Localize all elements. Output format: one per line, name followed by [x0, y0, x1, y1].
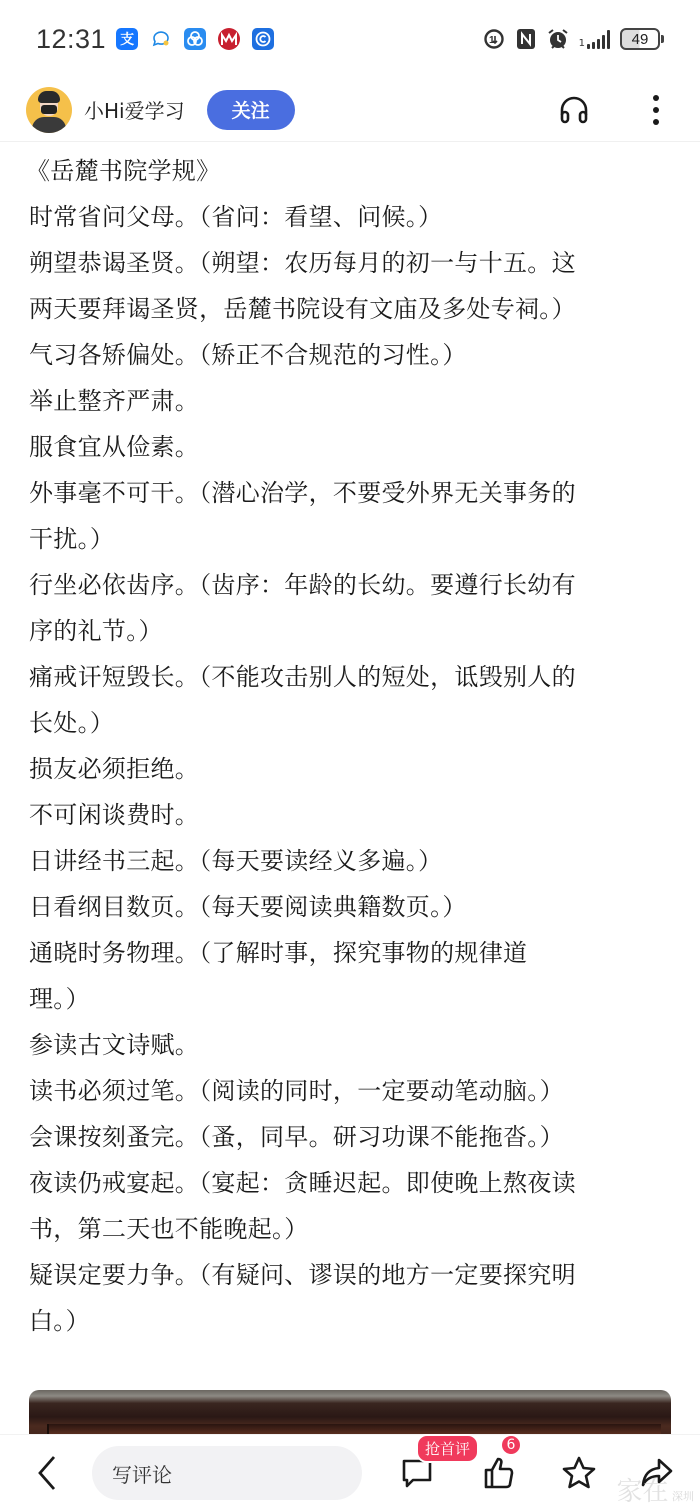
headphones-icon: [557, 93, 591, 127]
favorite-button[interactable]: [560, 1454, 598, 1492]
watermark: 家在 深圳: [616, 1477, 694, 1507]
article-line: 损友必须拒绝。: [29, 746, 679, 792]
article-line: 理。）: [29, 976, 679, 1022]
notification-app-icons: 支: [116, 28, 274, 50]
author-name[interactable]: 小Hi爱学习: [84, 95, 185, 124]
article-line: 两天要拜谒圣贤，岳麓书院设有文庙及多处专祠。）: [29, 286, 679, 332]
star-icon: [561, 1455, 597, 1491]
status-time: 12:31: [36, 24, 106, 55]
battery-tip: [661, 35, 664, 43]
alarm-icon: [547, 28, 569, 50]
article-line: 疑误定要力争。（有疑问、谬误的地方一定要探究明: [29, 1252, 679, 1298]
article-line: 白。）: [29, 1298, 679, 1344]
cellular-signal-icon: 1: [579, 29, 610, 49]
article-line: 不可闲谈费时。: [29, 792, 679, 838]
cmb-bank-icon: [218, 28, 240, 50]
article-line: 日讲经书三起。（每天要读经义多遍。）: [29, 838, 679, 884]
article-line: 外事毫不可干。（潜心治学，不要受外界无关事务的: [29, 470, 679, 516]
first-comment-badge: 抢首评: [416, 1434, 479, 1463]
article-line: 举止整齐严肃。: [29, 378, 679, 424]
article-line: 长处。）: [29, 700, 679, 746]
status-bar: 12:31 支 1 1 49: [0, 0, 700, 78]
article-line: 日看纲目数页。（每天要阅读典籍数页。）: [29, 884, 679, 930]
chat-bubble-icon: [150, 28, 172, 50]
article-line: 痛戒讦短毁长。（不能攻击别人的短处，诋毁别人的: [29, 654, 679, 700]
article-line: 朔望恭谒圣贤。（朔望：农历每月的初一与十五。这: [29, 240, 679, 286]
battery-indicator: 49: [620, 28, 664, 50]
listen-button[interactable]: [556, 92, 592, 128]
article-line: 读书必须过笔。（阅读的同时，一定要动笔动脑。）: [29, 1068, 679, 1114]
article-line: 气习各矫偏处。（矫正不合规范的习性。）: [29, 332, 679, 378]
article-body: 《岳麓书院学规》 时常省问父母。（省问：看望、问候。） 朔望恭谒圣贤。（朔望：农…: [29, 148, 679, 1344]
system-status-icons: 1 1 49: [483, 28, 664, 50]
circles-app-icon: [184, 28, 206, 50]
article-line: 干扰。）: [29, 516, 679, 562]
article-line: 行坐必依齿序。（齿序：年龄的长幼。要遵行长幼有: [29, 562, 679, 608]
article-line: 参读古文诗赋。: [29, 1022, 679, 1068]
like-count-badge: 6: [500, 1434, 522, 1456]
comment-placeholder: 写评论: [112, 1459, 172, 1488]
article-title: 《岳麓书院学规》: [26, 148, 679, 194]
svg-text:1: 1: [489, 35, 495, 46]
follow-button[interactable]: 关注: [207, 90, 295, 130]
alipay-icon: 支: [116, 28, 138, 50]
article-line: 时常省问父母。（省问：看望、问候。）: [29, 194, 679, 240]
article-line: 会课按刻蚤完。（蚤，同早。研习功课不能拖沓。）: [29, 1114, 679, 1160]
chevron-left-icon: [36, 1455, 58, 1491]
thumbs-up-icon: [481, 1455, 517, 1491]
article-line: 夜读仍戒宴起。（宴起：贪睡迟起。即使晚上熬夜读: [29, 1160, 679, 1206]
nfc-icon: [515, 28, 537, 50]
more-vertical-icon: [651, 93, 661, 127]
article-line: 服食宜从俭素。: [29, 424, 679, 470]
author-header: 小Hi爱学习 关注: [0, 78, 700, 142]
like-button[interactable]: 6: [480, 1454, 518, 1492]
back-button[interactable]: [30, 1453, 64, 1493]
avatar[interactable]: [26, 87, 72, 133]
battery-level: 49: [620, 28, 660, 50]
bottom-action-bar: 写评论 抢首评 6 家在 深圳: [0, 1434, 700, 1511]
comment-input[interactable]: 写评论: [92, 1446, 362, 1500]
comments-button[interactable]: 抢首评: [398, 1454, 436, 1492]
c-circle-app-icon: [252, 28, 274, 50]
data-saver-icon: 1: [483, 28, 505, 50]
article-line: 书，第二天也不能晚起。）: [29, 1206, 679, 1252]
article-line: 序的礼节。）: [29, 608, 679, 654]
more-options-button[interactable]: [638, 92, 674, 128]
article-line: 通晓时务物理。（了解时事，探究事物的规律道: [29, 930, 679, 976]
